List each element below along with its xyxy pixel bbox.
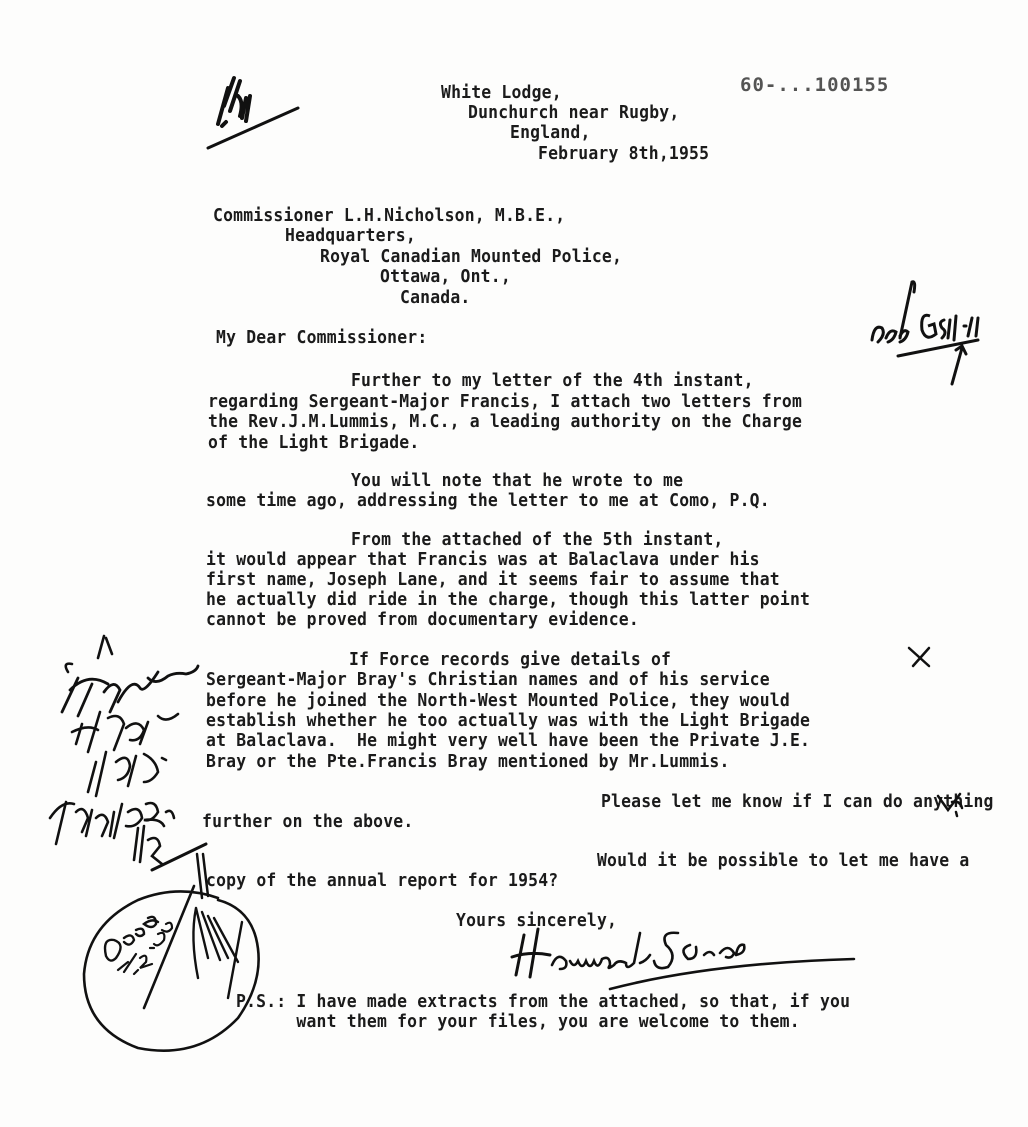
recipient-line-5: Canada. — [400, 287, 470, 309]
paragraph-3-line-5: cannot be proved from documentary eviden… — [206, 609, 639, 631]
cross-mark-icon — [905, 644, 935, 670]
postscript-line-1: P.S.: I have made extracts from the atta… — [236, 991, 850, 1013]
letter-page: 60-...100155 White Lodge, Dunchurch near… — [0, 0, 1028, 1127]
paragraph-1-line-4: of the Light Brigade. — [208, 432, 419, 454]
paragraph-3-line-4: he actually did ride in the charge, thou… — [206, 589, 810, 611]
postscript-line-2: want them for your files, you are welcom… — [236, 1011, 800, 1033]
paragraph-4-line-3: before he joined the North-West Mounted … — [206, 690, 790, 712]
paragraph-5-line-2: further on the above. — [202, 811, 413, 833]
file-reference-annotation-icon — [860, 272, 990, 392]
paragraph-1-line-3: the Rev.J.M.Lummis, M.C., a leading auth… — [208, 411, 802, 433]
reference-number: 60-...100155 — [740, 74, 889, 96]
signature — [510, 915, 870, 995]
done-stamp-circle — [78, 878, 278, 1058]
initials-annotation-icon — [200, 66, 310, 156]
margin-handwritten-note — [48, 632, 218, 872]
sender-date: February 8th,1955 — [538, 143, 709, 165]
paragraph-5-line-1: Please let me know if I can do anything — [460, 791, 994, 813]
paragraph-6-line-1: Would it be possible to let me have a — [456, 850, 969, 872]
paragraph-4-line-4: establish whether he too actually was wi… — [206, 710, 810, 732]
paragraph-2-line-2: some time ago, addressing the letter to … — [206, 490, 770, 512]
paragraph-1-line-2: regarding Sergeant-Major Francis, I atta… — [208, 391, 802, 413]
recipient-line-1: Commissioner L.H.Nicholson, M.B.E., — [213, 205, 565, 227]
paragraph-1-line-1: Further to my letter of the 4th instant, — [210, 370, 754, 392]
recipient-line-3: Royal Canadian Mounted Police, — [320, 246, 622, 268]
paragraph-4-line-1: If Force records give details of — [208, 649, 671, 671]
paragraph-4-line-2: Sergeant-Major Bray's Christian names an… — [206, 669, 770, 691]
paragraph-3-line-2: it would appear that Francis was at Bala… — [206, 549, 760, 571]
paragraph-4-line-6: Bray or the Pte.Francis Bray mentioned b… — [206, 751, 730, 773]
check-mark-icon — [934, 790, 968, 820]
paragraph-4-line-5: at Balaclava. He might very well have be… — [206, 730, 810, 752]
paragraph-3-line-1: From the attached of the 5th instant, — [210, 529, 723, 551]
sender-address-line-1: White Lodge, — [441, 82, 562, 104]
sender-address-line-2: Dunchurch near Rugby, — [468, 102, 679, 124]
salutation: My Dear Commissioner: — [216, 327, 427, 349]
paragraph-3-line-3: first name, Joseph Lane, and it seems fa… — [206, 569, 780, 591]
recipient-line-2: Headquarters, — [285, 225, 416, 247]
sender-address-line-3: England, — [510, 122, 591, 144]
recipient-line-4: Ottawa, Ont., — [380, 266, 511, 288]
paragraph-2-line-1: You will note that he wrote to me — [210, 470, 683, 492]
